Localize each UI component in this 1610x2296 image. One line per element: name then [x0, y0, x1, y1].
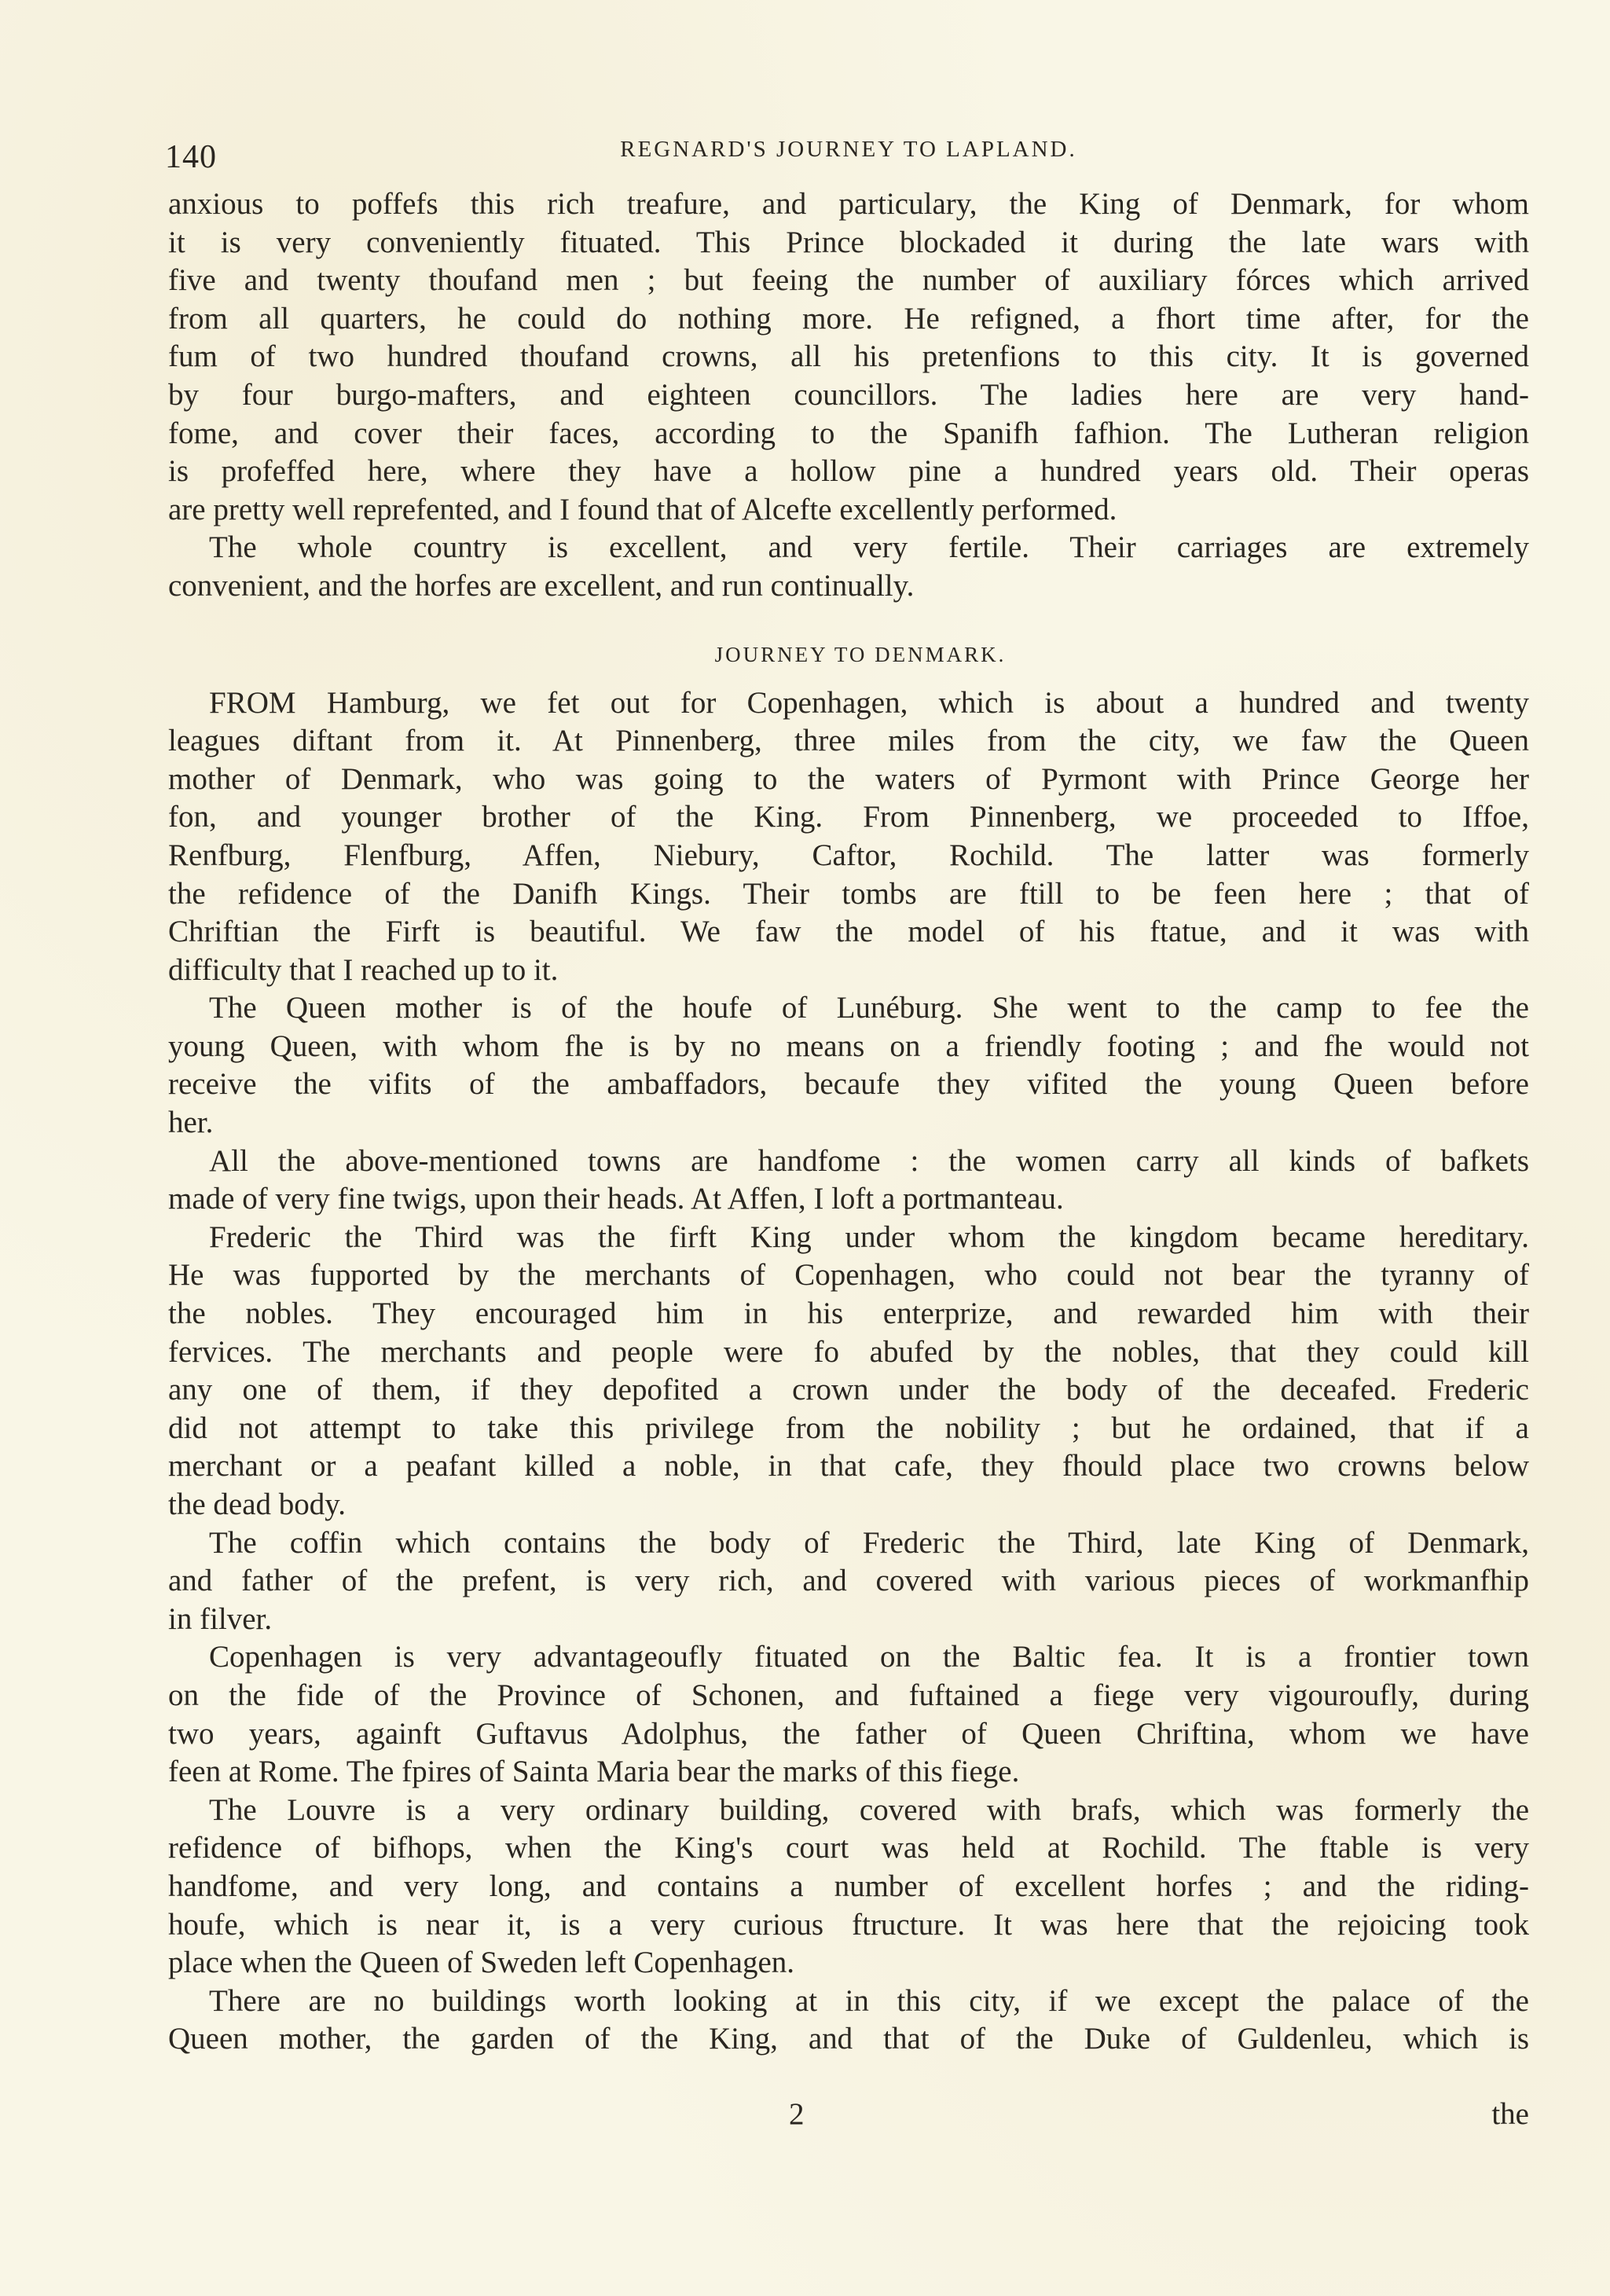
text-line: made of very fine twigs, upon their head… [168, 1180, 1529, 1219]
text-line: are pretty well reprefented, and I found… [168, 491, 1529, 530]
paragraph-continued: anxious to poffefs this rich treafure, a… [168, 185, 1529, 529]
body-text: anxious to poffefs this rich treafure, a… [168, 185, 1529, 2059]
text-line: The coffin which contains the body of Fr… [168, 1524, 1529, 1563]
text-line: the dead body. [168, 1486, 1529, 1524]
paragraph: The coffin which contains the body of Fr… [168, 1524, 1529, 1639]
text-line: Chriftian the Firft is beautiful. We faw… [168, 913, 1529, 952]
text-line: place when the Queen of Sweden left Cope… [168, 1944, 1529, 1982]
text-line: her. [168, 1104, 1529, 1142]
text-line: Copenhagen is very advantageoufly fituat… [168, 1638, 1529, 1677]
text-line: refidence of bifhops, when the King's co… [168, 1829, 1529, 1868]
catchword: the [1491, 2096, 1529, 2132]
text-line: on the fide of the Province of Schonen, … [168, 1677, 1529, 1715]
text-line: leagues diftant from it. At Pinnenberg, … [168, 722, 1529, 761]
page-footer: 2 the [168, 2096, 1529, 2136]
text-line: Renfburg, Flenfburg, Affen, Niebury, Caf… [168, 837, 1529, 875]
text-line: mother of Denmark, who was going to the … [168, 761, 1529, 799]
text-line: the nobles. They encouraged him in his e… [168, 1295, 1529, 1333]
book-page: 140 Regnard's Journey to Lapland. anxiou… [0, 0, 1610, 2296]
paragraph: The Louvre is a very ordinary building, … [168, 1792, 1529, 1982]
text-line: Frederic the Third was the firft King un… [168, 1219, 1529, 1257]
text-line: fervices. The merchants and people were … [168, 1333, 1529, 1372]
paragraph: There are no buildings worth looking at … [168, 1982, 1529, 2059]
paragraph: The Queen mother is of the houfe of Luné… [168, 989, 1529, 1142]
text-line: fon, and younger brother of the King. Fr… [168, 798, 1529, 837]
section-heading: Journey to Denmark. [168, 631, 1529, 678]
text-line: any one of them, if they depofited a cro… [168, 1371, 1529, 1410]
text-line: in filver. [168, 1601, 1529, 1639]
running-title: Regnard's Journey to Lapland. [165, 137, 1532, 163]
text-line: Queen mother, the garden of the King, an… [168, 2020, 1529, 2059]
text-line: receive the vifits of the ambaffadors, b… [168, 1065, 1529, 1104]
text-line: The whole country is excellent, and very… [168, 529, 1529, 567]
text-line: anxious to poffefs this rich treafure, a… [168, 185, 1529, 224]
text-line: the refidence of the Danifh Kings. Their… [168, 875, 1529, 914]
text-line: from all quarters, he could do nothing m… [168, 300, 1529, 339]
text-line: FROM Hamburg, we fet out for Copenhagen,… [168, 684, 1529, 723]
text-line: two years, againft Guftavus Adolphus, th… [168, 1715, 1529, 1754]
text-line: The Louvre is a very ordinary building, … [168, 1792, 1529, 1830]
text-line: fum of two hundred thoufand crowns, all … [168, 338, 1529, 376]
text-line: convenient, and the horfes are excellent… [168, 567, 1529, 606]
text-line: and father of the prefent, is very rich,… [168, 1562, 1529, 1601]
text-line: The Queen mother is of the houfe of Luné… [168, 989, 1529, 1028]
text-line: difficulty that I reached up to it. [168, 952, 1529, 990]
text-line: fome, and cover their faces, according t… [168, 415, 1529, 453]
paragraph: Copenhagen is very advantageoufly fituat… [168, 1638, 1529, 1791]
paragraph: Frederic the Third was the firft King un… [168, 1219, 1529, 1524]
text-line: He was fupported by the merchants of Cop… [168, 1256, 1529, 1295]
text-line: by four burgo-mafters, and eighteen coun… [168, 376, 1529, 415]
text-line: houfe, which is near it, is a very curio… [168, 1906, 1529, 1945]
text-line: did not attempt to take this privilege f… [168, 1410, 1529, 1448]
text-line: it is very conveniently fituated. This P… [168, 224, 1529, 262]
text-line: is profeffed here, where they have a hol… [168, 453, 1529, 491]
running-head: 140 Regnard's Journey to Lapland. [165, 132, 1532, 179]
text-line: young Queen, with whom fhe is by no mean… [168, 1028, 1529, 1066]
text-line: five and twenty thoufand men ; but feein… [168, 262, 1529, 300]
signature-mark: 2 [789, 2096, 805, 2132]
text-line: There are no buildings worth looking at … [168, 1982, 1529, 2021]
text-line: All the above-mentioned towns are handfo… [168, 1142, 1529, 1181]
paragraph: The whole country is excellent, and very… [168, 529, 1529, 605]
text-line: merchant or a peafant killed a noble, in… [168, 1447, 1529, 1486]
text-line: feen at Rome. The fpires of Sainta Maria… [168, 1753, 1529, 1792]
paragraph: FROM Hamburg, we fet out for Copenhagen,… [168, 684, 1529, 990]
paragraph: All the above-mentioned towns are handfo… [168, 1142, 1529, 1219]
text-line: handfome, and very long, and contains a … [168, 1868, 1529, 1906]
